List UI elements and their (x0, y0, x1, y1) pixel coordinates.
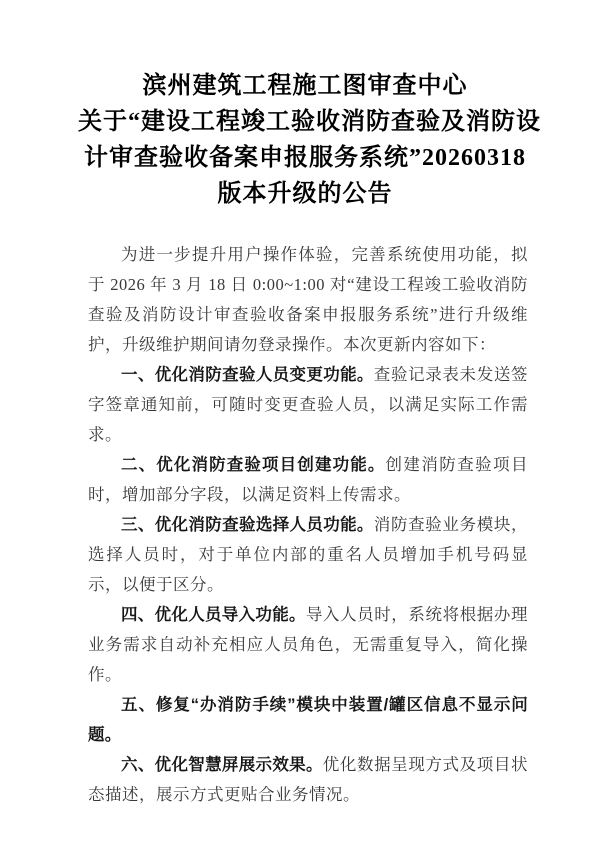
intro-paragraph: 为进一步提升用户操作体验，完善系统使用功能，拟于 2026 年 3 月 18 日… (88, 240, 528, 360)
item-6-lead: 六、优化智慧屏展示效果。 (121, 756, 323, 774)
item-3-lead: 三、优化消防查验选择人员功能。 (121, 516, 374, 534)
update-item-5: 五、修复“办消防手续”模块中装置/罐区信息不显示问题。 (88, 690, 528, 750)
document-page: 滨州建筑工程施工图审查中心 关于“建设工程竣工验收消防查验及消防设 计审查验收备… (0, 0, 600, 848)
item-1-lead: 一、优化消防查验人员变更功能。 (121, 366, 374, 384)
update-item-3: 三、优化消防查验选择人员功能。消防查验业务模块，选择人员时，对于单位内部的重名人… (88, 510, 528, 600)
page-title: 滨州建筑工程施工图审查中心 关于“建设工程竣工验收消防查验及消防设 计审查验收备… (78, 68, 532, 212)
update-item-2: 二、优化消防查验项目创建功能。创建消防查验项目时，增加部分字段，以满足资料上传需… (88, 450, 528, 510)
update-item-6: 六、优化智慧屏展示效果。优化数据呈现方式及项目状态描述，展示方式更贴合业务情况。 (88, 750, 528, 810)
item-4-lead: 四、优化人员导入功能。 (121, 606, 306, 624)
title-line-2: 关于“建设工程竣工验收消防查验及消防设 (78, 104, 532, 140)
update-item-1: 一、优化消防查验人员变更功能。查验记录表未发送签字签章通知前，可随时变更查验人员… (88, 360, 528, 450)
title-line-3: 计审查验收备案申报服务系统”20260318 (78, 140, 532, 176)
update-item-4: 四、优化人员导入功能。导入人员时，系统将根据办理业务需求自动补充相应人员角色，无… (88, 600, 528, 690)
title-line-1: 滨州建筑工程施工图审查中心 (78, 68, 532, 104)
document-body: 为进一步提升用户操作体验，完善系统使用功能，拟于 2026 年 3 月 18 日… (88, 240, 528, 810)
item-2-lead: 二、优化消防查验项目创建功能。 (121, 456, 385, 474)
title-line-4: 版本升级的公告 (78, 176, 532, 212)
item-5-lead: 五、修复“办消防手续”模块中装置/罐区信息不显示问题。 (88, 696, 528, 744)
